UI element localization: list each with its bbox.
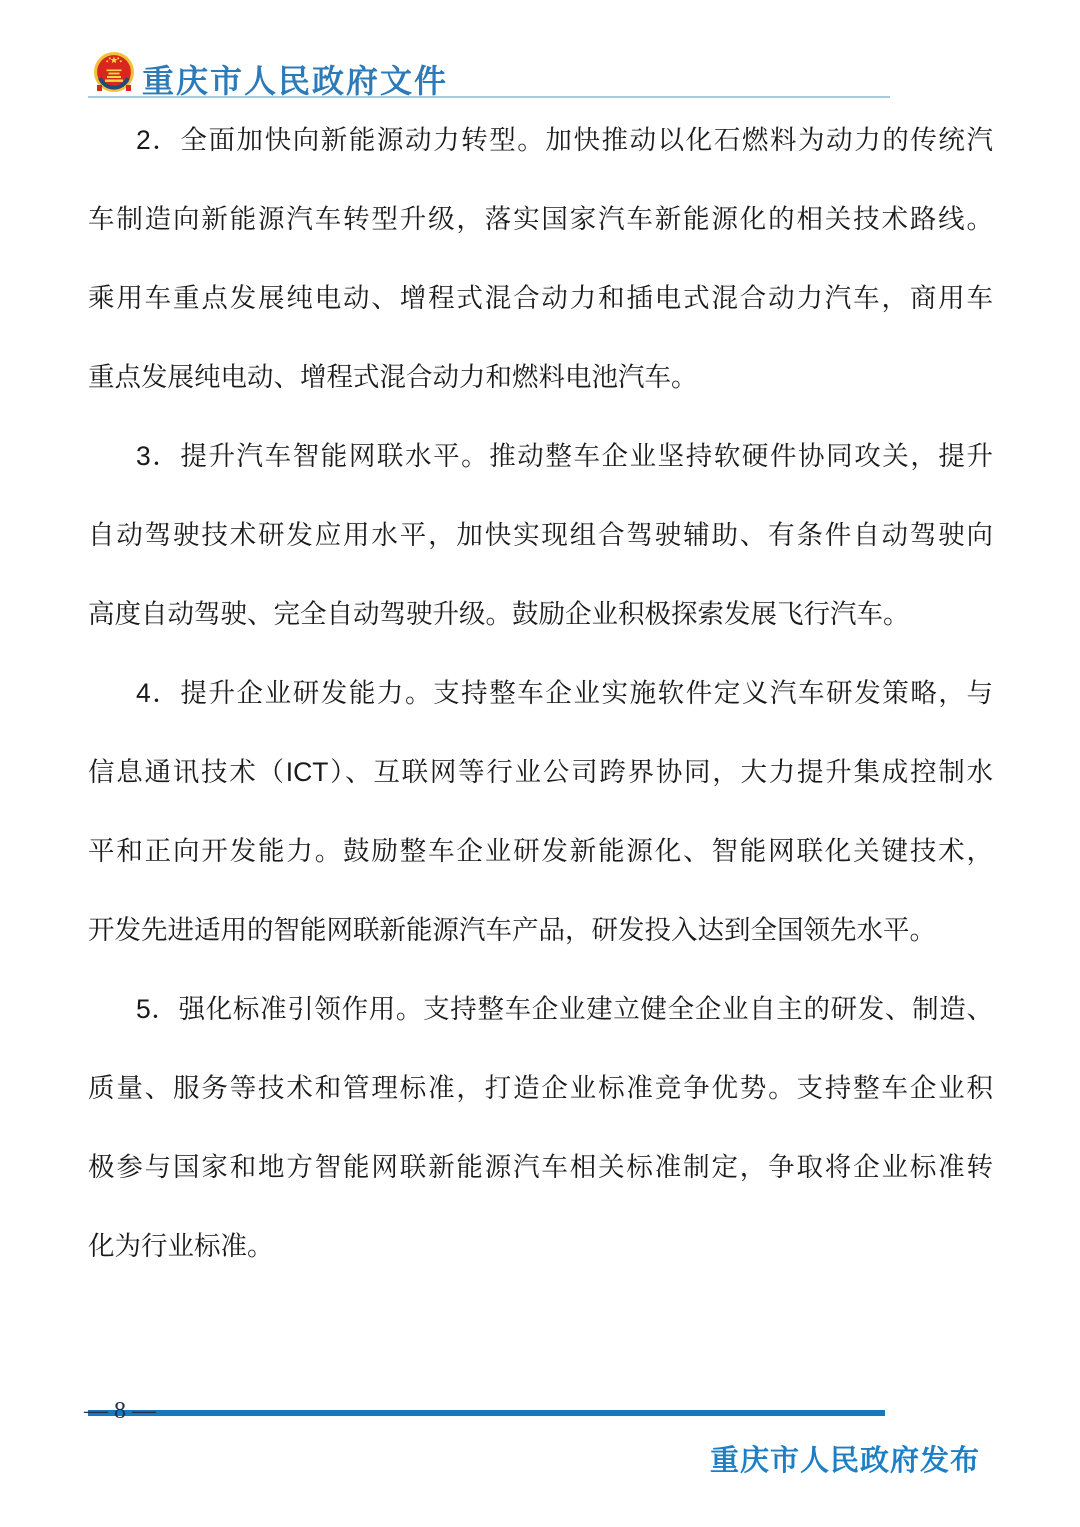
text-line: 车制造向新能源汽车转型升级，落实国家汽车新能源化的相关技术路线。 bbox=[88, 180, 993, 259]
text-line: 平和正向开发能力。鼓励整车企业研发新能源化、智能网联化关键技术， bbox=[88, 812, 993, 891]
paragraph-5: 5．强化标准引领作用。支持整车企业建立健全企业自主的研发、制造、 质量、服务等技… bbox=[88, 970, 993, 1286]
publisher-label: 重庆市人民政府发布 bbox=[710, 1438, 980, 1479]
text-line: 自动驾驶技术研发应用水平，加快实现组合驾驶辅助、有条件自动驾驶向 bbox=[88, 496, 993, 575]
paragraph-2: 2．全面加快向新能源动力转型。加快推动以化石燃料为动力的传统汽 车制造向新能源汽… bbox=[88, 101, 993, 417]
text-line: 化为行业标准。 bbox=[88, 1207, 993, 1286]
footer-divider bbox=[88, 1410, 885, 1416]
paragraph-3: 3．提升汽车智能网联水平。推动整车企业坚持软硬件协同攻关，提升 自动驾驶技术研发… bbox=[88, 417, 993, 654]
text-line: 5．强化标准引领作用。支持整车企业建立健全企业自主的研发、制造、 bbox=[88, 970, 993, 1049]
text-line: 质量、服务等技术和管理标准，打造企业标准竞争优势。支持整车企业积 bbox=[88, 1049, 993, 1128]
text-line: 开发先进适用的智能网联新能源汽车产品，研发投入达到全国领先水平。 bbox=[88, 891, 993, 970]
text-line: 极参与国家和地方智能网联新能源汽车相关标准制定，争取将企业标准转 bbox=[88, 1128, 993, 1207]
document-page: 重庆市人民政府文件 2．全面加快向新能源动力转型。加快推动以化石燃料为动力的传统… bbox=[0, 0, 1080, 1527]
text-line: 3．提升汽车智能网联水平。推动整车企业坚持软硬件协同攻关，提升 bbox=[88, 417, 993, 496]
document-body: 2．全面加快向新能源动力转型。加快推动以化石燃料为动力的传统汽 车制造向新能源汽… bbox=[88, 101, 993, 1286]
text-line: 乘用车重点发展纯电动、增程式混合动力和插电式混合动力汽车，商用车 bbox=[88, 259, 993, 338]
text-line: 2．全面加快向新能源动力转型。加快推动以化石燃料为动力的传统汽 bbox=[88, 101, 993, 180]
paragraph-4: 4．提升企业研发能力。支持整车企业实施软件定义汽车研发策略，与 信息通讯技术（I… bbox=[88, 654, 993, 970]
text-line: 4．提升企业研发能力。支持整车企业实施软件定义汽车研发策略，与 bbox=[88, 654, 993, 733]
text-line: 重点发展纯电动、增程式混合动力和燃料电池汽车。 bbox=[88, 338, 993, 417]
text-line: 高度自动驾驶、完全自动驾驶升级。鼓励企业积极探索发展飞行汽车。 bbox=[88, 575, 993, 654]
page-number: — 8 — bbox=[84, 1398, 156, 1425]
header-divider bbox=[88, 96, 890, 98]
text-line: 信息通讯技术（ICT）、互联网等行业公司跨界协同，大力提升集成控制水 bbox=[88, 733, 993, 812]
